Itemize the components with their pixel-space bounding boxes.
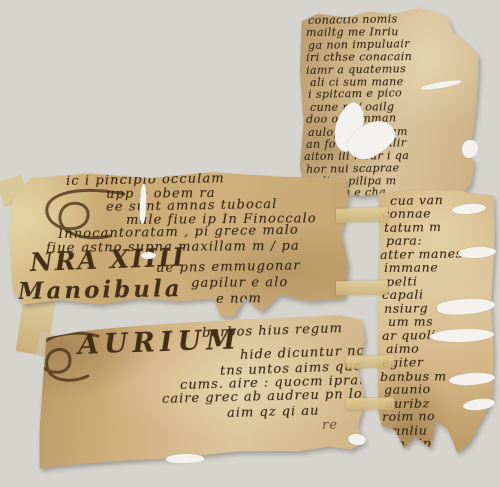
parchment-surface: ic i pincipio occulam upp e obem ra ee s…	[6, 166, 352, 318]
large-word-aurium: AURIUM	[77, 324, 241, 361]
tear-slit	[141, 252, 156, 259]
script-line: roim no	[382, 408, 435, 424]
script-line: i spitcam e pico	[308, 86, 402, 101]
tear-notch	[166, 454, 204, 464]
script-line: gaunio	[384, 381, 431, 397]
repair-tape-strip	[336, 281, 388, 296]
script-line: e nom	[216, 291, 262, 307]
manuscript-photo: conactio nomis mailtg me Inriu ga non im…	[0, 0, 500, 487]
script-line: aim qz qi au	[227, 404, 320, 421]
parchment-fragment-middle: ic i pincipio occulam upp e obem ra ee s…	[6, 166, 352, 318]
parchment-fragment-right-column: cua van connae tatum m para: atter manes…	[372, 188, 496, 456]
parchment-surface: barbos hius regum AURIUM hide dicuntur n…	[22, 312, 372, 472]
repair-tape-strip	[336, 207, 388, 223]
repair-tape-strip	[346, 355, 394, 369]
repair-tape-strip	[346, 398, 394, 411]
large-word-manoibula: Manoibula	[18, 275, 183, 305]
script-line: re	[322, 418, 338, 433]
script-line: un aipa	[388, 435, 439, 451]
script-line: ue pns emmugonar	[156, 258, 301, 276]
parchment-fragment-bottom: barbos hius regum AURIUM hide dicuntur n…	[22, 312, 372, 472]
script-line: gapilur e alo	[191, 275, 288, 291]
parchment-surface: cua van connae tatum m para: atter manes…	[372, 188, 496, 456]
